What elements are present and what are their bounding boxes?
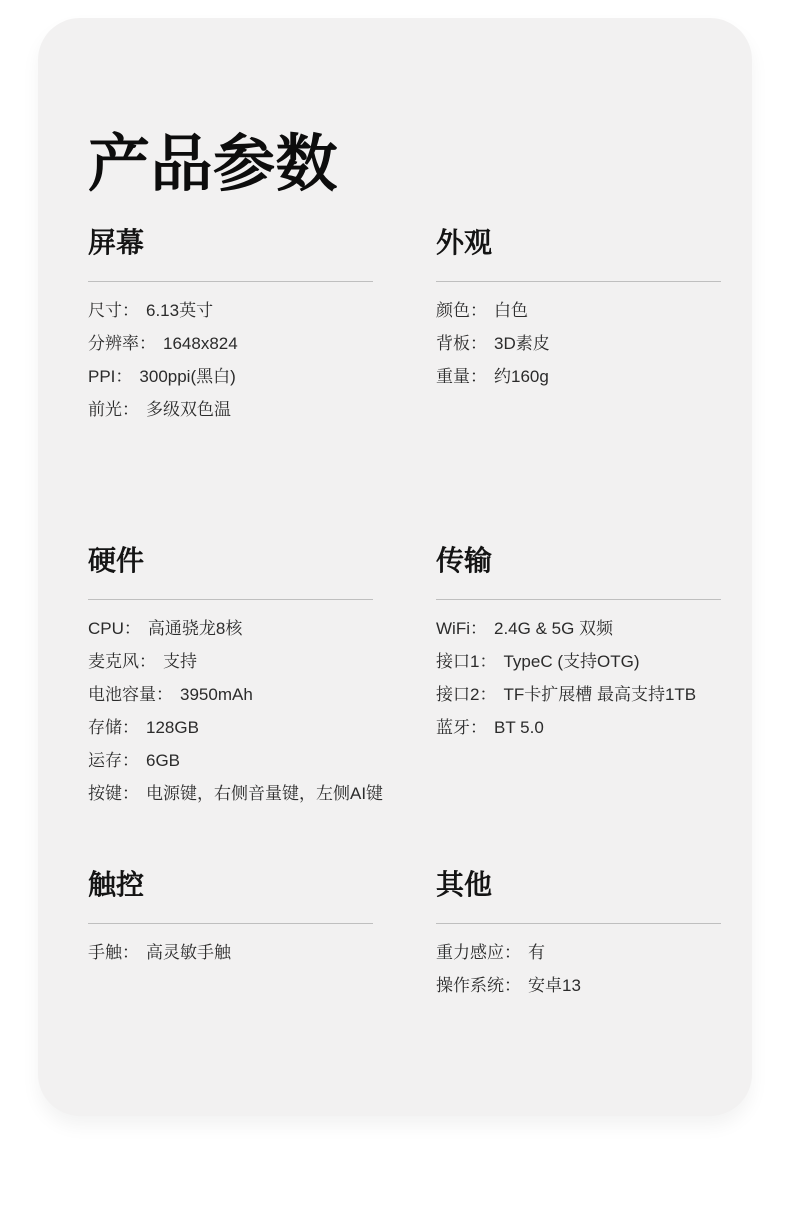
spec-value: BT 5.0: [494, 718, 544, 737]
spec-value: 多级双色温: [146, 400, 231, 419]
spec-value: 2.4G & 5G 双频: [494, 619, 613, 638]
spec-value: 支持: [163, 652, 197, 671]
spec-label: 蓝牙: [436, 718, 470, 737]
colon: ：: [122, 751, 146, 770]
spec-label: CPU: [88, 619, 124, 638]
spec-row: WiFi：2.4G & 5G 双频: [436, 612, 721, 645]
spec-row: 分辨率：1648x824: [88, 327, 373, 360]
colon: ：: [139, 652, 163, 671]
spec-row: 尺寸：6.13英寸: [88, 294, 373, 327]
colon: ：: [122, 784, 146, 803]
spec-row: 前光：多级双色温: [88, 393, 373, 426]
spec-label: WiFi: [436, 619, 470, 638]
spec-label: 存储: [88, 718, 122, 737]
spec-row: 接口2：TF卡扩展槽 最高支持1TB: [436, 678, 721, 711]
spec-label: PPI: [88, 367, 115, 386]
spec-rows: 尺寸：6.13英寸 分辨率：1648x824 PPI：300ppi(黑白) 前光…: [88, 294, 373, 426]
colon: ：: [122, 718, 146, 737]
spec-row: PPI：300ppi(黑白): [88, 360, 373, 393]
spec-value: 白色: [494, 301, 528, 320]
spec-row: 重量：约160g: [436, 360, 721, 393]
section-divider: [436, 281, 721, 282]
section-heading: 硬件: [88, 544, 373, 578]
spec-label: 颜色: [436, 301, 470, 320]
colon: ：: [504, 943, 528, 962]
section-screen: 屏幕 尺寸：6.13英寸 分辨率：1648x824 PPI：300ppi(黑白)…: [88, 226, 373, 426]
spec-label: 麦克风: [88, 652, 139, 671]
colon: ：: [124, 619, 148, 638]
spec-row: 电池容量：3950mAh: [88, 678, 373, 711]
spec-value: 有: [528, 943, 545, 962]
spec-rows: 手触：高灵敏手触: [88, 936, 373, 969]
spec-row: CPU：高通骁龙8核: [88, 612, 373, 645]
spec-label: 重力感应: [436, 943, 504, 962]
spec-row: 颜色：白色: [436, 294, 721, 327]
spec-value: 3D素皮: [494, 334, 550, 353]
spec-rows: WiFi：2.4G & 5G 双频 接口1：TypeC (支持OTG) 接口2：…: [436, 612, 721, 744]
colon: ：: [470, 367, 494, 386]
spec-row: 接口1：TypeC (支持OTG): [436, 645, 721, 678]
colon: ：: [470, 718, 494, 737]
spec-row: 麦克风：支持: [88, 645, 373, 678]
colon: ：: [470, 301, 494, 320]
colon: ：: [122, 400, 146, 419]
section-touch: 触控 手触：高灵敏手触: [88, 868, 373, 969]
section-divider: [436, 923, 721, 924]
spec-value: TypeC (支持OTG): [503, 652, 639, 671]
spec-rows: CPU：高通骁龙8核 麦克风：支持 电池容量：3950mAh 存储：128GB …: [88, 612, 373, 810]
spec-label: 背板: [436, 334, 470, 353]
spec-value: 约160g: [494, 367, 549, 386]
section-heading: 外观: [436, 226, 721, 260]
section-divider: [88, 281, 373, 282]
section-hardware: 硬件 CPU：高通骁龙8核 麦克风：支持 电池容量：3950mAh 存储：128…: [88, 544, 373, 810]
spec-label: 重量: [436, 367, 470, 386]
section-divider: [88, 599, 373, 600]
spec-label: 接口1: [436, 652, 479, 671]
spec-label: 接口2: [436, 685, 479, 704]
spec-label: 操作系统: [436, 976, 504, 995]
spec-rows: 颜色：白色 背板：3D素皮 重量：约160g: [436, 294, 721, 393]
spec-label: 前光: [88, 400, 122, 419]
section-heading: 触控: [88, 868, 373, 902]
spec-value: 128GB: [146, 718, 199, 737]
spec-value: 高灵敏手触: [146, 943, 231, 962]
spec-row: 手触：高灵敏手触: [88, 936, 373, 969]
page-title: 产品参数: [88, 134, 338, 196]
section-heading: 传输: [436, 544, 721, 578]
colon: ：: [139, 334, 163, 353]
spec-label: 按键: [88, 784, 122, 803]
spec-label: 运存: [88, 751, 122, 770]
section-divider: [436, 599, 721, 600]
spec-value: 高通骁龙8核: [148, 619, 242, 638]
spec-row: 重力感应：有: [436, 936, 721, 969]
colon: ：: [470, 334, 494, 353]
spec-value: 300ppi(黑白): [139, 367, 235, 386]
spec-value: 1648x824: [163, 334, 238, 353]
spec-row: 存储：128GB: [88, 711, 373, 744]
colon: ：: [479, 652, 503, 671]
spec-row: 操作系统：安卓13: [436, 969, 721, 1002]
spec-row: 蓝牙：BT 5.0: [436, 711, 721, 744]
section-heading: 其他: [436, 868, 721, 902]
colon: ：: [479, 685, 503, 704]
spec-label: 手触: [88, 943, 122, 962]
colon: ：: [122, 943, 146, 962]
spec-row: 运存：6GB: [88, 744, 373, 777]
section-other: 其他 重力感应：有 操作系统：安卓13: [436, 868, 721, 1002]
colon: ：: [504, 976, 528, 995]
section-transmission: 传输 WiFi：2.4G & 5G 双频 接口1：TypeC (支持OTG) 接…: [436, 544, 721, 744]
colon: ：: [115, 367, 139, 386]
colon: ：: [156, 685, 180, 704]
spec-row: 按键：电源键，右侧音量键，左侧AI键: [88, 777, 373, 810]
colon: ：: [470, 619, 494, 638]
spec-value: 6GB: [146, 751, 180, 770]
spec-row: 背板：3D素皮: [436, 327, 721, 360]
spec-label: 电池容量: [88, 685, 156, 704]
section-heading: 屏幕: [88, 226, 373, 260]
spec-value: 电源键，右侧音量键，左侧AI键: [146, 784, 383, 803]
spec-value: 3950mAh: [180, 685, 253, 704]
colon: ：: [122, 301, 146, 320]
spec-value: 6.13英寸: [146, 301, 213, 320]
spec-label: 尺寸: [88, 301, 122, 320]
spec-value: 安卓13: [528, 976, 581, 995]
section-divider: [88, 923, 373, 924]
product-spec-card: 产品参数 屏幕 尺寸：6.13英寸 分辨率：1648x824 PPI：300pp…: [38, 18, 752, 1116]
section-appearance: 外观 颜色：白色 背板：3D素皮 重量：约160g: [436, 226, 721, 393]
spec-label: 分辨率: [88, 334, 139, 353]
spec-rows: 重力感应：有 操作系统：安卓13: [436, 936, 721, 1002]
spec-value: TF卡扩展槽 最高支持1TB: [503, 685, 696, 704]
